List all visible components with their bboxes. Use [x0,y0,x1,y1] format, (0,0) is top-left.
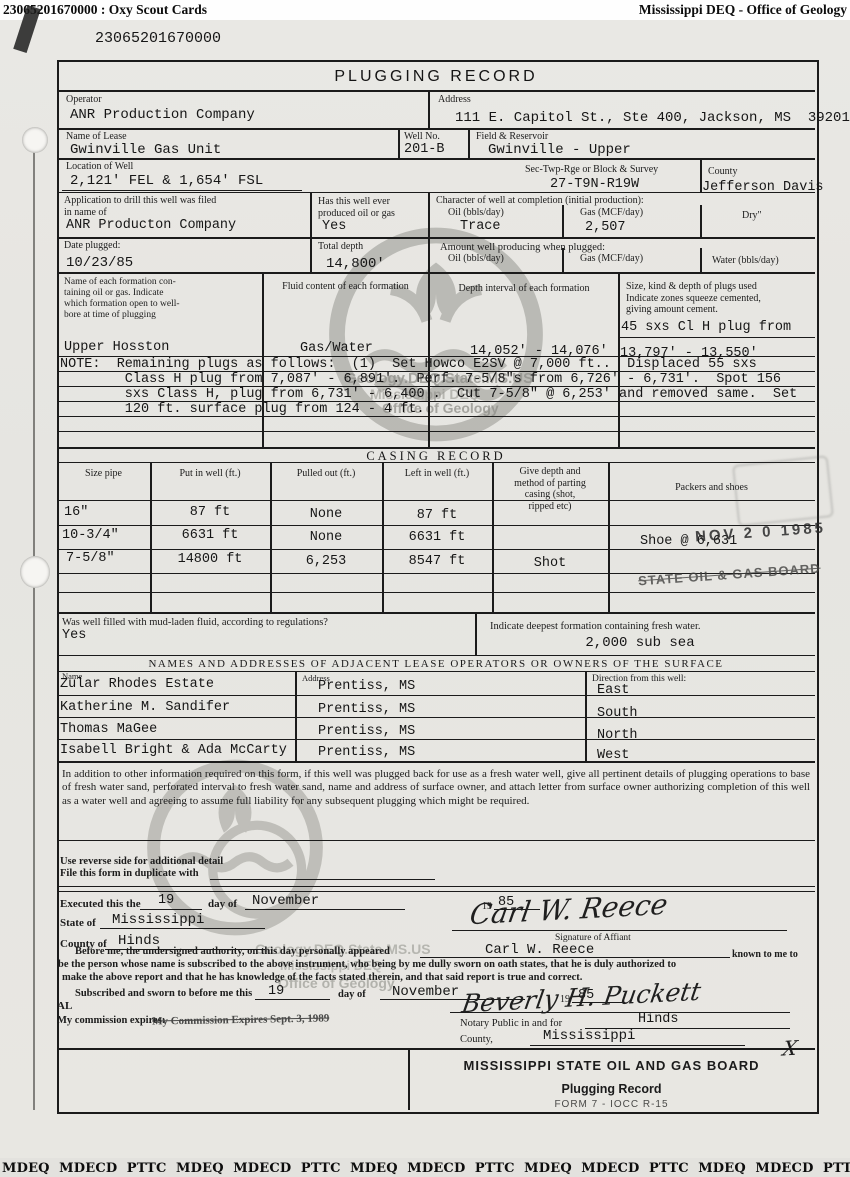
line [450,1012,790,1013]
casing-cell: 14800 ft [150,552,270,567]
line [428,237,430,272]
board-box-line1: MISSISSIPPI STATE OIL AND GAS BOARD [408,1058,815,1073]
hole-punch [20,556,50,588]
line [57,671,815,672]
formation-col3-header: Depth interval of each formation [434,283,614,295]
line [57,462,815,463]
notary-county-label: County, [460,1034,493,1046]
faint-stamp-smudge [732,455,834,527]
line [57,655,815,656]
line [57,90,815,92]
field-reservoir-value: Gwinville - Upper [488,142,631,158]
line [475,612,477,655]
casing-cell: None [270,530,382,545]
state-value: Mississippi [112,912,204,928]
line [700,205,702,237]
line [57,891,815,892]
line [57,612,815,614]
line [398,128,400,158]
note-line-4: 120 ft. surface plug from 124 - 4 ft. [60,402,425,417]
address-label: Address [438,94,471,106]
board-box-line3: FORM 7 - IOCC R-15 [408,1099,815,1110]
line [57,431,815,432]
line [618,337,815,338]
notary-line2: be the person whose name is subscribed t… [58,959,810,971]
line [255,999,330,1000]
date-plugged-label: Date plugged: [64,240,120,252]
adjacent-name: Thomas MaGee [60,722,157,737]
completion-dry-label: Dry" [742,210,762,222]
casing-cell: 6631 ft [382,530,492,545]
line [468,128,470,158]
lease-label: Name of Lease [66,131,127,143]
executed-day: 19 [158,893,174,908]
line [310,237,312,272]
scanned-plugging-record: { "viewer": { "header_left": "2306520167… [0,0,850,1177]
line [140,909,202,910]
subscribed-prefix: Subscribed and sworn to before me this [75,988,252,1000]
county-label: County [708,166,737,178]
executed-prefix: Executed this the [60,898,141,911]
line [57,886,815,887]
completion-oil-label: Oil (bbls/day) [448,207,504,219]
line [310,192,312,237]
note-line-2: Class H plug from 7,087' - 6,891'. Perf.… [60,372,781,387]
casing-cell: 87 ft [150,505,270,520]
adjacent-name: Katherine M. Sandifer [60,700,230,715]
mud-label: Was well filled with mud-laden fluid, ac… [62,617,328,629]
subscribed-mid: day of [338,989,366,1001]
formation-name: Upper Hosston [64,340,169,355]
line [57,128,815,130]
line [428,192,430,237]
casing-cell: 8547 ft [382,554,492,569]
executed-month: November [252,893,319,909]
commission-label: My commission expires: [57,1015,165,1027]
adjacent-address: Prentiss, MS [318,702,415,717]
mud-value: Yes [62,628,86,643]
line [57,500,815,501]
line [530,1045,745,1046]
notary-line1: Before me, the undersigned authority, on… [75,946,390,958]
adjacent-address: Prentiss, MS [318,745,415,760]
lease-value: Gwinville Gas Unit [70,142,221,158]
appeared-name: Carl W. Reece [485,942,594,958]
notary-for-value: Hinds [638,1012,679,1027]
adjacent-address: Prentiss, MS [318,724,415,739]
producing-gas-label: Gas (MCF/day) [580,253,643,265]
casing-cell: 16" [64,505,88,520]
well-no-value: 201-B [404,142,445,157]
formation-col4-header: Size, kind & depth of plugs used Indicat… [626,281,811,316]
subscribed-month: November [392,984,459,1000]
application-value: ANR Producton Company [66,218,236,233]
line [57,1048,815,1050]
line [57,237,815,239]
line [210,879,435,880]
viewer-header-bar: 23065201670000 : Oxy Scout Cards Mississ… [0,0,850,20]
location-label: Location of Well [66,161,133,173]
field-reservoir-label: Field & Reservoir [476,131,548,143]
casing-cell: 10-3/4" [62,528,119,543]
line [245,909,405,910]
total-depth-value: 14,800' [326,256,385,272]
board-box-line2: Plugging Record [408,1082,815,1096]
casing-cell: None [270,507,382,522]
casing-cell: 7-5/8" [66,551,115,566]
line [428,90,430,128]
formation-col2-header: Fluid content of each formation [268,281,423,293]
operator-value: ANR Production Company [70,107,255,123]
adjacent-title: NAMES AND ADDRESSES OF ADJACENT LEASE OP… [57,658,815,671]
note-line-3: sxs Class H, plug from 6,731' - 6,400'. … [60,387,797,402]
adjacent-direction: North [597,728,638,743]
line [562,248,564,272]
subscribed-day: 19 [268,984,284,999]
casing-cell: Shot [492,556,608,571]
adjacent-name: Zular Rhodes Estate [60,677,214,692]
sec-twp-rge-value: 27-T9N-R19W [550,177,639,192]
line [57,761,815,763]
casing-cell: 87 ft [382,508,492,523]
fresh-water-value: 2,000 sub sea [490,635,790,651]
reverse-note-2: File this form in duplicate with [60,868,199,880]
produced-value: Yes [322,219,346,234]
producing-oil-label: Oil (bbls/day) [448,253,504,265]
adjacent-name: Isabell Bright & Ada McCarty [60,743,287,758]
application-label: Application to drill this well was filed… [64,195,294,218]
line [57,272,815,274]
viewer-header-right: Mississippi DEQ - Office of Geology [639,2,847,18]
line [57,717,815,718]
line [700,248,702,272]
note-line-1: NOTE: Remaining plugs as follows: (1) Se… [60,357,757,372]
adjacent-address: Prentiss, MS [318,679,415,694]
notary-county-value: Mississippi [543,1028,635,1044]
address-value: 111 E. Capitol St., Ste 400, Jackson, MS… [455,110,850,126]
line [57,739,815,740]
casing-header-put: Put in well (ft.) [150,468,270,480]
document-number: 23065201670000 [95,30,221,47]
line [100,928,265,929]
line [57,525,815,526]
line [62,190,302,191]
viewer-footer-text: MDEQ MDECD PTTC MDEQ MDECD PTTC MDEQ MDE… [2,1161,848,1176]
line [57,192,815,193]
date-plugged-value: 10/23/85 [66,255,133,271]
casing-cell: 6,253 [270,554,382,569]
page-edge-shadow [33,150,35,1110]
fresh-water-label: Indicate deepest formation containing fr… [490,621,701,633]
state-label: State of [60,917,96,930]
operator-label: Operator [66,94,102,106]
sec-twp-rge-label: Sec-Twp-Rge or Block & Survey [525,164,658,176]
line [562,205,564,237]
completion-label: Character of well at completion (initial… [436,195,766,207]
line [452,930,787,931]
location-value: 2,121' FEL & 1,654' FSL [70,173,263,189]
hole-punch [22,127,48,153]
produced-label: Has this well ever produced oil or gas [318,196,423,219]
completion-gas-value: 2,507 [585,220,626,235]
formation-col1-header: Name of each formation con- taining oil … [64,277,259,321]
reverse-note-1: Use reverse side for additional detail [60,856,223,868]
line [57,695,815,696]
line [57,840,815,841]
line [57,416,815,417]
well-no-label: Well No. [404,131,440,143]
line [420,957,730,958]
line [57,549,815,550]
producing-water-label: Water (bbls/day) [712,255,779,267]
seal-fragment: AL [57,1000,72,1013]
casing-header-size: Size pipe [57,468,150,480]
formation-plugs-line1: 45 sxs Cl H plug from [621,320,791,335]
fresh-water-paragraph: In addition to other information require… [62,768,810,808]
completion-gas-label: Gas (MCF/day) [580,207,643,219]
casing-header-left: Left in well (ft.) [382,468,492,480]
line [295,671,297,761]
casing-header-parting: Give depth and method of parting casing … [492,466,608,512]
form-title: PLUGGING RECORD [57,68,815,86]
casing-cell: 6631 ft [150,528,270,543]
completion-oil-value: Trace [460,219,501,234]
adjacent-direction: South [597,706,638,721]
formation-fluid: Gas/Water [300,341,373,356]
line [585,671,587,761]
executed-mid: day of [208,898,237,911]
casing-header-pulled: Pulled out (ft.) [270,468,382,480]
line [57,592,815,593]
total-depth-label: Total depth [318,241,363,253]
